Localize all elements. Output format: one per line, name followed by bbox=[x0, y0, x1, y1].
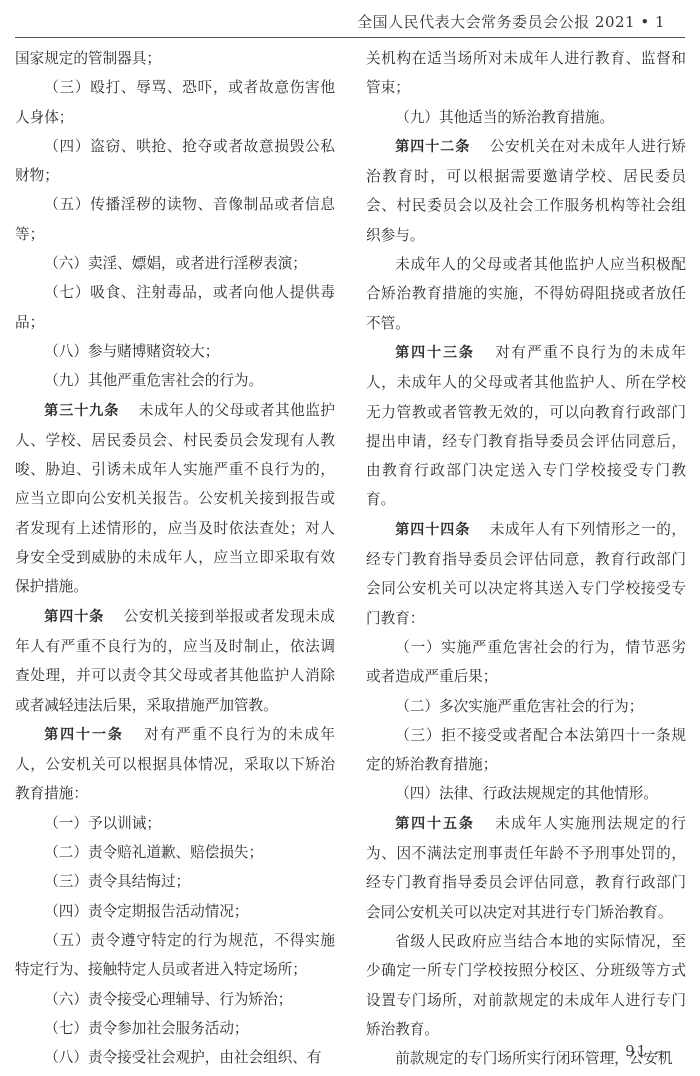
paragraph-text: （五）责令遵守特定的行为规范，不得实施特定行为、接触特定人员或者进入特定场所； bbox=[15, 932, 335, 978]
paragraph: （一）实施严重危害社会的行为，情节恶劣或者造成严重后果； bbox=[366, 633, 686, 692]
page-header: 全国人民代表大会常务委员会公报 2021 • 1 bbox=[15, 0, 685, 38]
article-paragraph: 第四十一条对有严重不良行为的未成年人，公安机关可以根据具体情况，采取以下矫治教育… bbox=[15, 720, 335, 809]
paragraph-text: （五）传播淫秽的读物、音像制品或者信息等； bbox=[15, 196, 335, 242]
paragraph-text: （一）实施严重危害社会的行为，情节恶劣或者造成严重后果； bbox=[366, 639, 686, 685]
paragraph: （四）盗窃、哄抢、抢夺或者故意损毁公私财物； bbox=[15, 132, 335, 191]
paragraph-text: 国家规定的管制器具； bbox=[15, 50, 161, 67]
paragraph: （七）责令参加社会服务活动； bbox=[15, 1014, 335, 1043]
paragraph-text: （四）法律、行政法规规定的其他情形。 bbox=[395, 785, 658, 802]
right-column: 关机构在适当场所对未成年人进行教育、监督和管束；（九）其他适当的矫治教育措施。第… bbox=[366, 44, 686, 1073]
paragraph-text: （二）责令赔礼道歉、赔偿损失； bbox=[44, 844, 263, 861]
article-number: 第四十四条 bbox=[395, 522, 470, 538]
article-paragraph: 第三十九条未成年人的父母或者其他监护人、学校、居民委员会、村民委员会发现有人教唆… bbox=[15, 396, 335, 602]
paragraph-text: （六）卖淫、嫖娼，或者进行淫秽表演； bbox=[44, 255, 307, 272]
paragraph: （九）其他适当的矫治教育措施。 bbox=[366, 103, 686, 132]
paragraph-text: 关机构在适当场所对未成年人进行教育、监督和管束； bbox=[366, 50, 686, 96]
paragraph: （五）传播淫秽的读物、音像制品或者信息等； bbox=[15, 190, 335, 249]
paragraph-text: （二）多次实施严重危害社会的行为； bbox=[395, 698, 643, 715]
paragraph: （七）吸食、注射毒品，或者向他人提供毒品； bbox=[15, 278, 335, 337]
paragraph-text: （四）盗窃、哄抢、抢夺或者故意损毁公私财物； bbox=[15, 138, 335, 184]
paragraph: （六）卖淫、嫖娼，或者进行淫秽表演； bbox=[15, 249, 335, 278]
paragraph-text: （四）责令定期报告活动情况； bbox=[44, 903, 248, 920]
paragraph-text: 未成年人的父母或者其他监护人、学校、居民委员会、村民委员会发现有人教唆、胁迫、引… bbox=[15, 402, 335, 596]
paragraph: （一）予以训诫； bbox=[15, 809, 335, 838]
article-number: 第四十五条 bbox=[395, 816, 475, 832]
paragraph: （三）责令具结悔过； bbox=[15, 867, 335, 896]
paragraph-text: （七）吸食、注射毒品，或者向他人提供毒品； bbox=[15, 284, 335, 330]
paragraph-text: （九）其他严重危害社会的行为。 bbox=[44, 372, 263, 389]
paragraph: （二）多次实施严重危害社会的行为； bbox=[366, 692, 686, 721]
article-number: 第三十九条 bbox=[44, 403, 119, 419]
article-number: 第四十三条 bbox=[395, 345, 475, 361]
paragraph-text: （三）殴打、辱骂、恐吓，或者故意伤害他人身体； bbox=[15, 79, 335, 125]
paragraph: 关机构在适当场所对未成年人进行教育、监督和管束； bbox=[366, 44, 686, 103]
paragraph: （三）拒不接受或者配合本法第四十一条规定的矫治教育措施； bbox=[366, 721, 686, 780]
paragraph: （五）责令遵守特定的行为规范，不得实施特定行为、接触特定人员或者进入特定场所； bbox=[15, 926, 335, 985]
paragraph-text: （八）责令接受社会观护，由社会组织、有 bbox=[44, 1049, 321, 1066]
paragraph: （四）责令定期报告活动情况； bbox=[15, 897, 335, 926]
article-paragraph: 第四十二条公安机关在对未成年人进行矫治教育时，可以根据需要邀请学校、居民委员会、… bbox=[366, 132, 686, 250]
article-paragraph: 第四十五条未成年人实施刑法规定的行为、因不满法定刑事责任年龄不予刑事处罚的，经专… bbox=[366, 809, 686, 927]
paragraph-text: （六）责令接受心理辅导、行为矫治； bbox=[44, 991, 292, 1008]
paragraph: （八）参与赌博赌资较大； bbox=[15, 337, 335, 366]
article-paragraph: 第四十四条未成年人有下列情形之一的，经专门教育指导委员会评估同意，教育行政部门会… bbox=[366, 515, 686, 633]
paragraph-text: （一）予以训诫； bbox=[44, 815, 161, 832]
article-number: 第四十条 bbox=[44, 609, 104, 625]
journal-title: 全国人民代表大会常务委员会公报 2021 • 1 bbox=[357, 11, 665, 32]
paragraph-text: （八）参与赌博赌资较大； bbox=[44, 343, 219, 360]
paragraph-text: （三）责令具结悔过； bbox=[44, 873, 190, 890]
article-number: 第四十一条 bbox=[44, 727, 124, 743]
paragraph-text: （三）拒不接受或者配合本法第四十一条规定的矫治教育措施； bbox=[366, 727, 686, 773]
paragraph: 国家规定的管制器具； bbox=[15, 44, 335, 73]
paragraph: 未成年人的父母或者其他监护人应当积极配合矫治教育措施的实施，不得妨碍阻挠或者放任… bbox=[366, 250, 686, 338]
article-number: 第四十二条 bbox=[395, 139, 470, 155]
article-paragraph: 第四十三条对有严重不良行为的未成年人，未成年人的父母或者其他监护人、所在学校无力… bbox=[366, 338, 686, 515]
paragraph-text: 省级人民政府应当结合本地的实际情况，至少确定一所专门学校按照分校区、分班级等方式… bbox=[366, 933, 686, 1038]
paragraph: （六）责令接受心理辅导、行为矫治； bbox=[15, 985, 335, 1014]
article-paragraph: 第四十条公安机关接到举报或者发现未成年人有严重不良行为的，应当及时制止，依法调查… bbox=[15, 602, 335, 720]
paragraph: （九）其他严重危害社会的行为。 bbox=[15, 366, 335, 395]
paragraph: （二）责令赔礼道歉、赔偿损失； bbox=[15, 838, 335, 867]
paragraph-text: （七）责令参加社会服务活动； bbox=[44, 1020, 248, 1037]
paragraph-text: 未成年人的父母或者其他监护人应当积极配合矫治教育措施的实施，不得妨碍阻挠或者放任… bbox=[366, 256, 686, 332]
paragraph-text: 对有严重不良行为的未成年人，未成年人的父母或者其他监护人、所在学校无力管教或者管… bbox=[366, 344, 686, 508]
paragraph-text: （九）其他适当的矫治教育措施。 bbox=[395, 109, 614, 126]
page-number: — 91 — bbox=[601, 1042, 672, 1060]
paragraph: （四）法律、行政法规规定的其他情形。 bbox=[366, 779, 686, 808]
paragraph: （三）殴打、辱骂、恐吓，或者故意伤害他人身体； bbox=[15, 73, 335, 132]
paragraph: （八）责令接受社会观护，由社会组织、有 bbox=[15, 1043, 335, 1072]
left-column: 国家规定的管制器具；（三）殴打、辱骂、恐吓，或者故意伤害他人身体；（四）盗窃、哄… bbox=[15, 44, 335, 1072]
paragraph: 省级人民政府应当结合本地的实际情况，至少确定一所专门学校按照分校区、分班级等方式… bbox=[366, 927, 686, 1044]
